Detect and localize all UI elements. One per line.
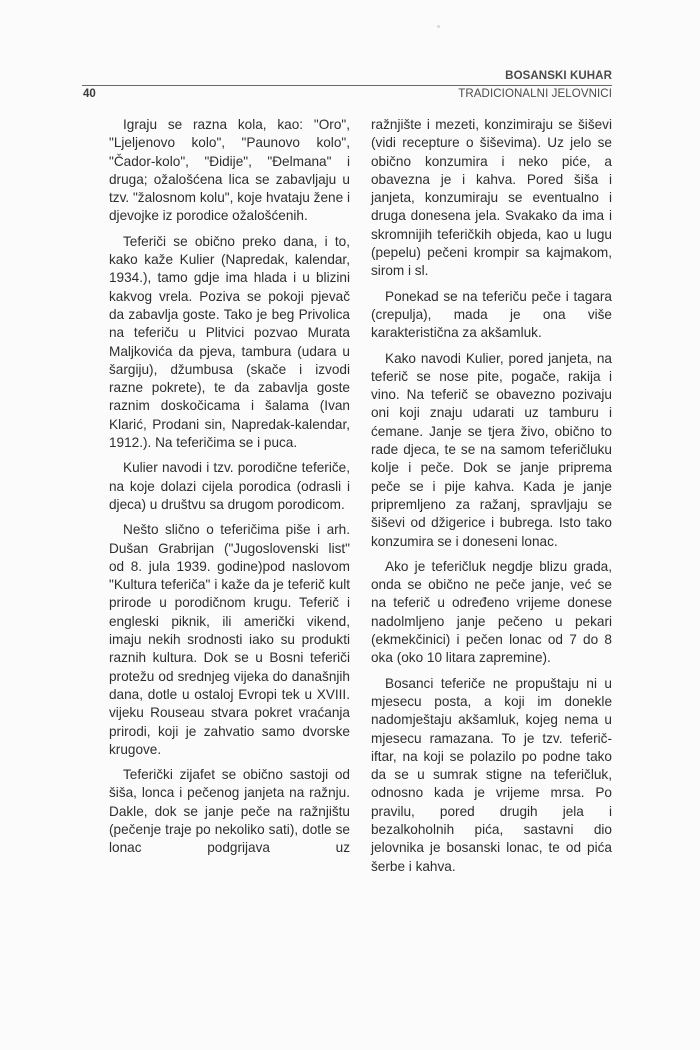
paragraph: Teferiči se obično preko dana, i to, kak…: [109, 233, 350, 453]
page-header: BOSANSKI KUHAR 40 TRADICIONALNI JELOVNIC…: [82, 68, 612, 108]
section-title: TRADICIONALNI JELOVNICI: [458, 88, 612, 100]
paragraph: Ako je teferičluk negdje blizu grada, on…: [371, 558, 612, 668]
left-column: Igraju se razna kola, kao: "Oro", "Ljelj…: [109, 116, 350, 865]
paragraph: Igraju se razna kola, kao: "Oro", "Ljelj…: [109, 116, 350, 226]
paragraph: Nešto slično o teferičima piše i arh. Du…: [109, 521, 350, 759]
scan-speck: [437, 25, 440, 28]
paragraph: Kulier navodi i tzv. porodične te­feriče…: [109, 459, 350, 514]
right-column: ražnjište i mezeti, konzimiraju se šišev…: [371, 116, 612, 883]
paragraph: Bosanci teferiče ne propuštaju ni u mjes…: [371, 675, 612, 876]
continued-paragraph: ražnjište i mezeti, konzimiraju se šišev…: [371, 116, 612, 281]
paragraph: Teferički zijafet se obično sastoji od š…: [109, 766, 350, 857]
page-number: 40: [83, 88, 96, 100]
book-title: BOSANSKI KUHAR: [505, 70, 612, 82]
header-rule: [82, 85, 612, 86]
paragraph: Ponekad se na teferiču peče i tagara (cr…: [371, 288, 612, 343]
paragraph: Kako navodi Kulier, pored janjeta, na te…: [371, 350, 612, 551]
